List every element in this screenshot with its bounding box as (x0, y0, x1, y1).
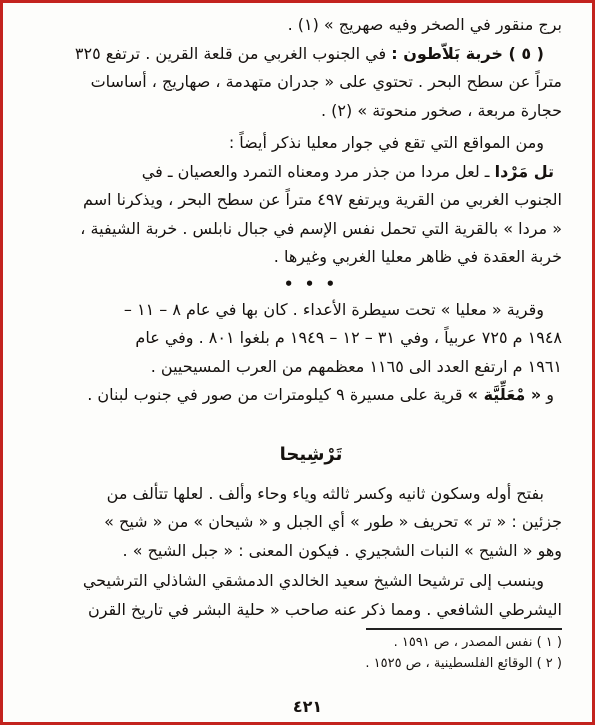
text-line: تل مَرْدا ـ لعل مردا من جذر مرد ومعناه ا… (60, 158, 562, 187)
paragraph-etymology: بفتح أوله وسكون ثانيه وكسر ثالثه وياء وح… (60, 480, 562, 566)
footnote-1: ( ١ ) نفس المصدر ، ص ١٥٩١ . (60, 633, 562, 654)
section-heading-tarshiha: تَرْشِيحا (60, 440, 562, 470)
text-line: وهو « الشيح » النبات الشجيري . فيكون الم… (60, 537, 562, 566)
text-line: جزئين : « تر » تحريف « طور » أي الجبل و … (60, 508, 562, 537)
section-dots-separator: • • • (60, 272, 562, 296)
text-segment: في الجنوب الغربي من قلعة القرين . ترتفع … (75, 44, 386, 63)
footnote-separator-rule (366, 628, 562, 630)
paragraph-tell-marda: تل مَرْدا ـ لعل مردا من جذر مرد ومعناه ا… (60, 158, 562, 272)
nearby-sites-intro: ومن المواقع التي تقع في جوار معليا نذكر … (60, 129, 562, 158)
entry-title: تل مَرْدا (495, 162, 554, 181)
text-line: ( ٥ ) خربة بَلاّطون : في الجنوب الغربي م… (60, 40, 562, 69)
text-line: خربة العقدة في ظاهر معليا الغربي وغيرها … (60, 243, 562, 272)
text-line: حجارة مربعة ، صخور منحوتة » (٢) . (60, 97, 562, 126)
paragraph-tail-line: برج منقور في الصخر وفيه صهريج » (١) . (60, 11, 562, 40)
text-line: اليشرطي الشافعي . ومما ذكر عنه صاحب « حل… (60, 596, 562, 625)
text-segment: و (546, 385, 554, 404)
text-line: متراً عن سطح البحر . تحتوي على « جدران م… (60, 68, 562, 97)
text-column: برج منقور في الصخر وفيه صهريج » (١) . ( … (60, 9, 562, 674)
page-number: ٤٢١ (23, 697, 592, 716)
entry-title: ( ٥ ) خربة بَلاّطون : (391, 44, 544, 63)
village-name: « مْعَلِّيَّة » (468, 385, 542, 404)
text-line: وقرية « معليا » تحت سيطرة الأعداء . كان … (60, 296, 562, 325)
text-line: ١٩٦١ م ارتفع العدد الى ١١٦٥ معظمهم من ال… (60, 353, 562, 382)
paragraph-khirbet-balatun: ( ٥ ) خربة بَلاّطون : في الجنوب الغربي م… (60, 40, 562, 126)
paragraph-population: وقرية « معليا » تحت سيطرة الأعداء . كان … (60, 296, 562, 382)
text-line: بفتح أوله وسكون ثانيه وكسر ثالثه وياء وح… (60, 480, 562, 509)
book-page: برج منقور في الصخر وفيه صهريج » (١) . ( … (0, 0, 595, 725)
footnotes: ( ١ ) نفس المصدر ، ص ١٥٩١ . ( ٢ ) الوقائ… (60, 633, 562, 674)
footnote-2: ( ٢ ) الوقائع الفلسطينية ، ص ١٥٢٥ . (60, 654, 562, 675)
text-line: وينسب إلى ترشيحا الشيخ سعيد الخالدي الدم… (60, 567, 562, 596)
text-line: « مردا » بالقرية التي تحمل نفس الإسم في … (60, 215, 562, 244)
text-segment: ـ لعل مردا من جذر مرد ومعناه التمرد والع… (142, 162, 490, 181)
paragraph-sheikh: وينسب إلى ترشيحا الشيخ سعيد الخالدي الدم… (60, 567, 562, 624)
text-segment: قرية على مسيرة ٩ كيلومترات من صور في جنو… (87, 385, 462, 404)
text-line: الجنوب الغربي من القرية ويرتفع ٤٩٧ متراً… (60, 186, 562, 215)
paragraph-mualliya: و « مْعَلِّيَّة » قرية على مسيرة ٩ كيلوم… (60, 381, 562, 410)
text-line: ١٩٤٨ م ٧٢٥ عربياً ، وفي ٣١ – ١٢ – ١٩٤٩ م… (60, 324, 562, 353)
